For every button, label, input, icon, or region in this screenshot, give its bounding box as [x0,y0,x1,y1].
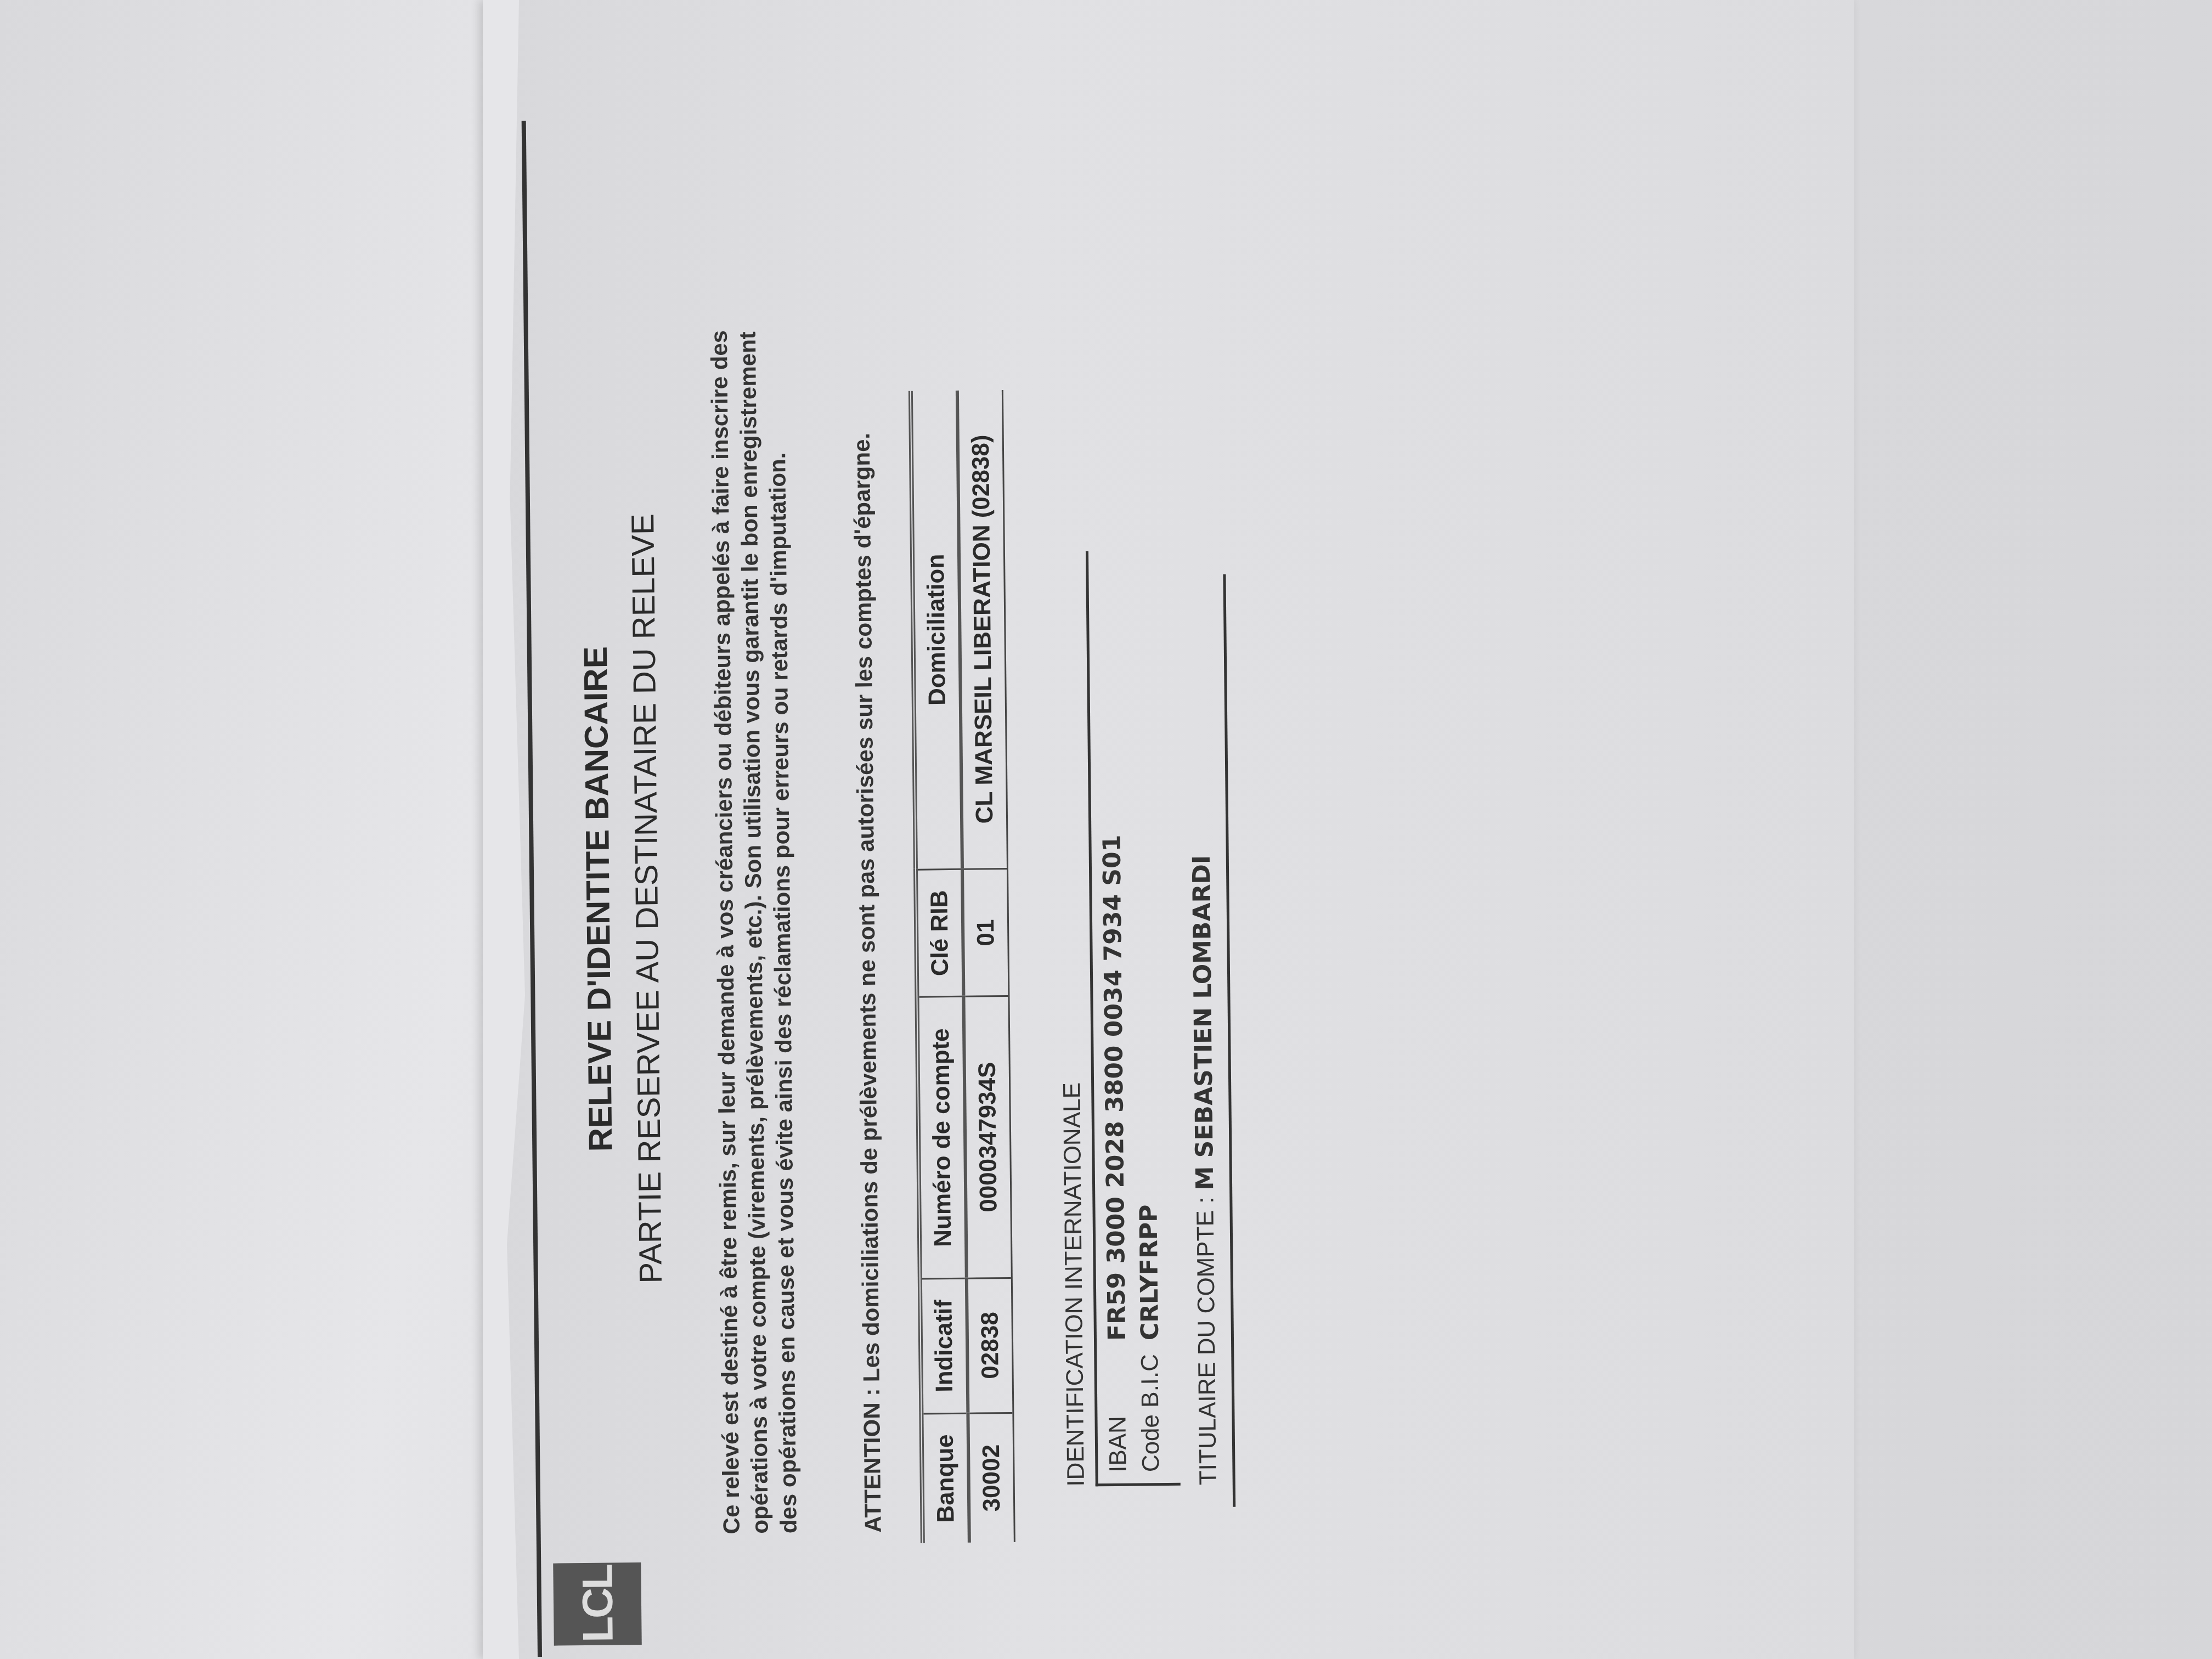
attention-notice: ATTENTION : Les domiciliations de prélèv… [847,270,887,1532]
rib-table: Banque Indicatif Numéro de compte Clé RI… [909,390,1015,1543]
header-indicatif: Indicatif [920,1278,968,1414]
holder-name: M SEBASTIEN LOMBARDI [1188,855,1219,1190]
bic-value: CRLYFRPP [1135,1204,1164,1340]
document-subtitle: PARTIE RESERVEE AU DESTINATAIRE DU RELEV… [620,142,673,1656]
header-numero-compte: Numéro de compte [917,996,966,1278]
holder-underline [1223,574,1235,1507]
cell-banque: 30002 [968,1413,1014,1543]
cell-numero-compte: 0000347934S [963,996,1012,1278]
iban-value: FR59 3000 2028 3800 0034 7934 S01 [1098,834,1131,1341]
iban-row: IBAN FR59 3000 2028 3800 0034 7934 S01 [1104,1416,1132,1472]
intro-paragraph: Ce relevé est destiné à être remis, sur … [705,326,803,1534]
document-title: RELEVE D'IDENTITE BANCAIRE [571,142,625,1656]
cell-cle-rib: 01 [962,869,1009,997]
account-holder: TITULAIRE DU COMPTE : M SEBASTIEN LOMBAR… [1188,855,1222,1485]
iban-label: IBAN [1104,1416,1131,1472]
bic-row: Code B.I.C CRLYFRPP [1136,1354,1165,1472]
header-banque: Banque [921,1413,969,1543]
header-domiciliation: Domiciliation [911,391,962,870]
holder-label: TITULAIRE DU COMPTE : [1192,1197,1222,1485]
header-cle-rib: Clé RIB [916,870,963,997]
cell-domiciliation: CL MARSEIL LIBERATION (02838) [957,390,1008,870]
identification-box: IBAN FR59 3000 2028 3800 0034 7934 S01 C… [1086,550,1181,1487]
identification-label: IDENTIFICATION INTERNATIONALE [1058,1082,1090,1487]
cell-indicatif: 02838 [967,1278,1013,1413]
bic-label: Code B.I.C [1136,1354,1164,1472]
rib-document: LCL RELEVE D'IDENTITE BANCAIRE PARTIE RE… [522,135,1267,1657]
